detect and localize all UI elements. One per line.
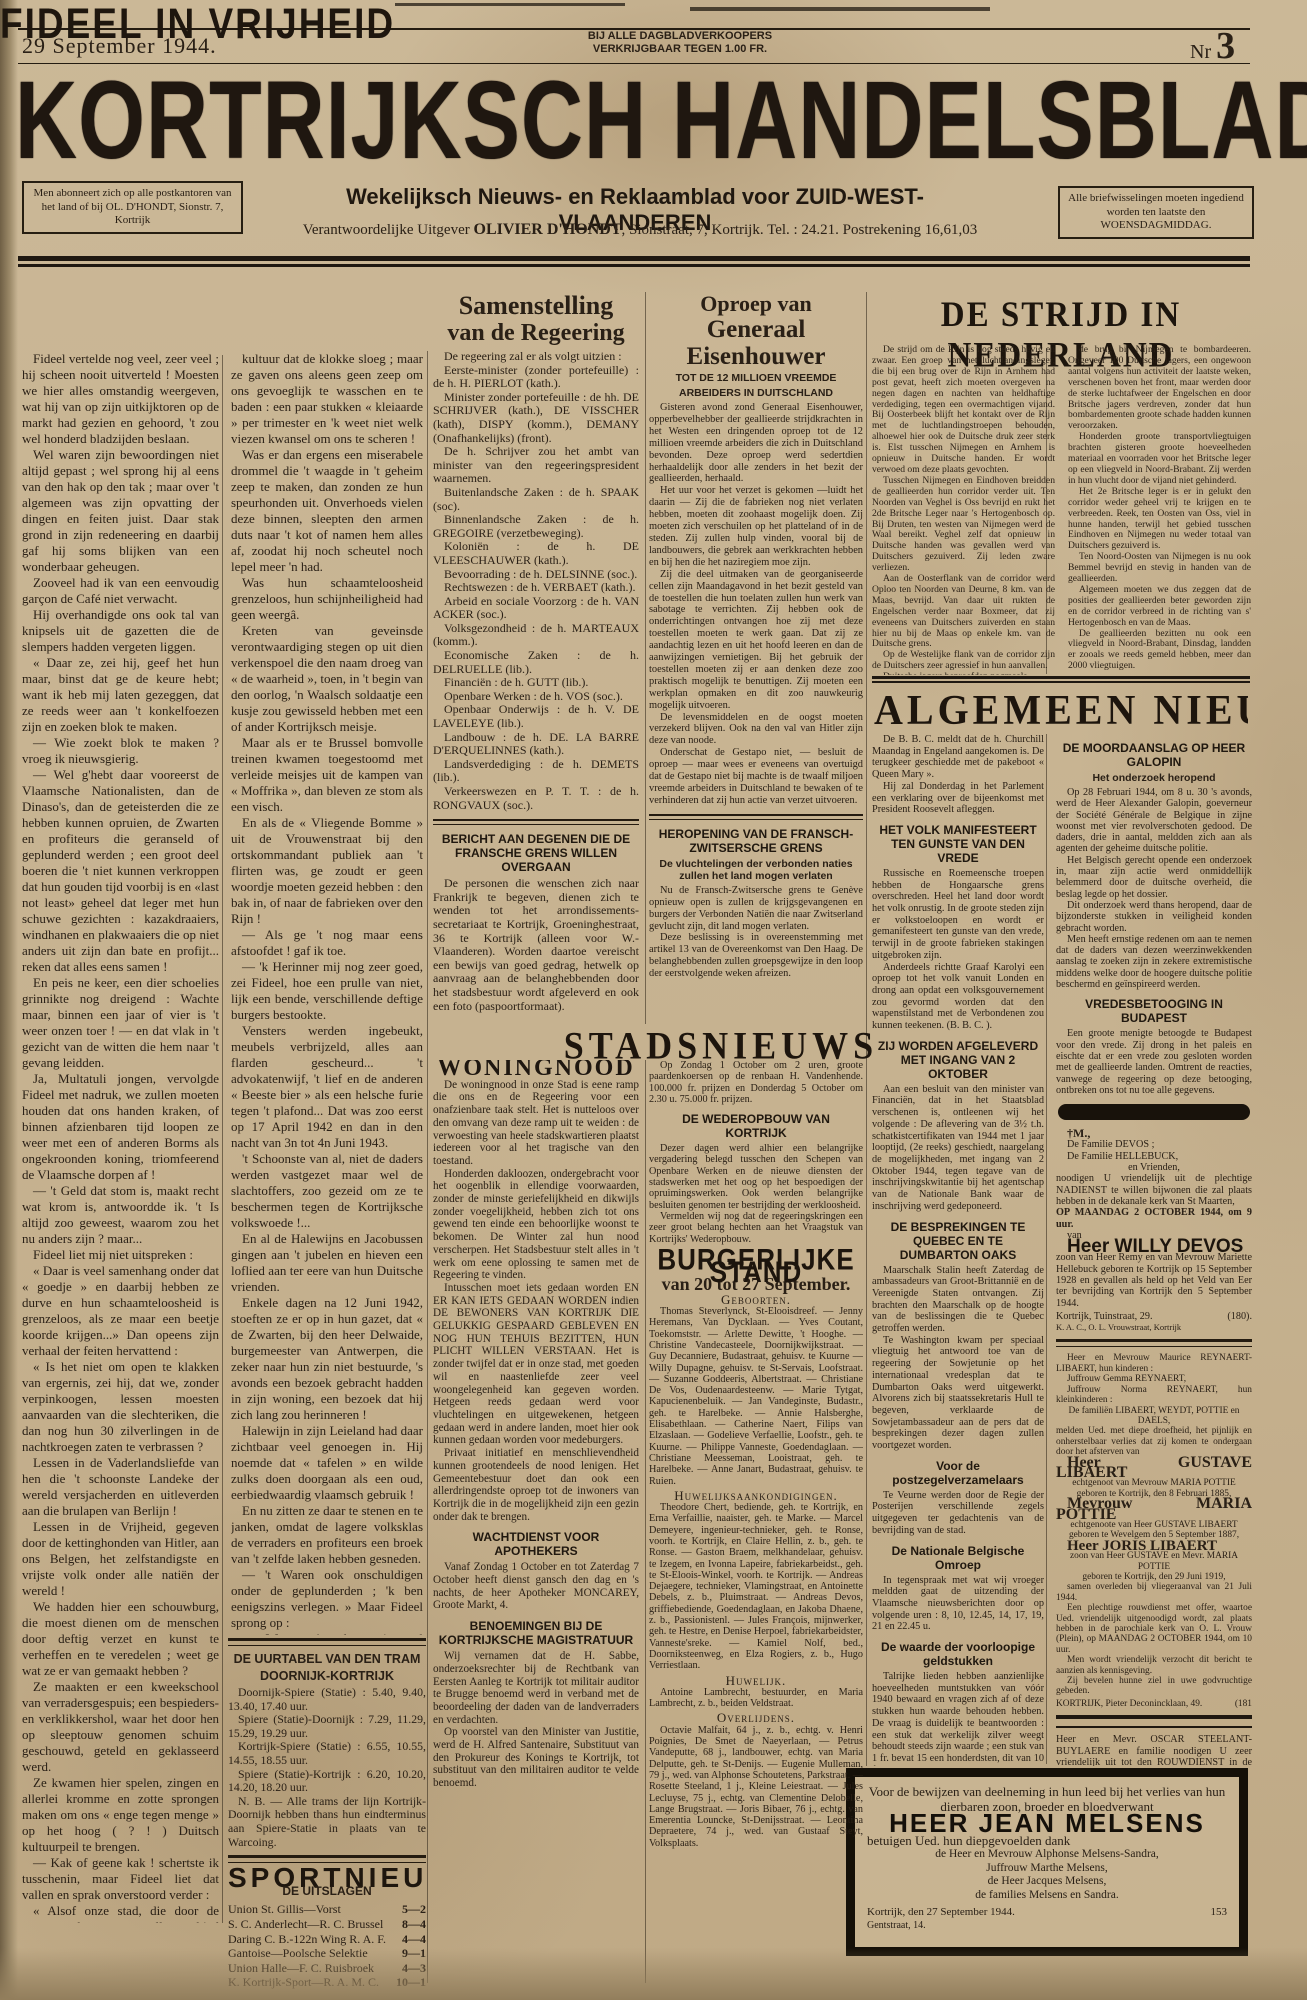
- devos-date: OP MAANDAG 2 OCTOBER 1944, om 9 uur.: [1056, 1207, 1252, 1230]
- stads-block: Octavie Malfait, 64 j., z. b., echtg. v.…: [649, 1725, 863, 1849]
- regeering-line: Verkeerswezen en P. T. T. : de h. RONGVA…: [433, 785, 639, 812]
- regeering-line: Binnenlandsche Zaken : de h. GREGOIRE (v…: [433, 513, 639, 540]
- melsens-name: HEER JEAN MELSENS: [867, 1816, 1227, 1831]
- fideel-paragraph: Fideel vertelde nog veel, zeer veel ; hi…: [22, 351, 219, 447]
- regeering-line: Openbare Werken : de h. VOS (soc.).: [433, 690, 639, 704]
- fideel-paragraph: « Daar is veel samenhang onder dat « goe…: [22, 1263, 219, 1359]
- fideel-paragraph: — 't Waren ook onschuldigen onder de gep…: [231, 1567, 423, 1631]
- regeering-line: Financiën : de h. GUTT (lib.).: [433, 676, 639, 690]
- tram-line: N. B. — Alle trams der lijn Kortrijk-Doo…: [228, 1795, 426, 1849]
- stads-block: Wij vernamen dat de H. Sabbe, onderzoeks…: [433, 1650, 639, 1726]
- publisher-name: OLIVIER D'HONDT: [474, 221, 622, 238]
- algemeen-block: HET VOLK MANIFESTEERT TEN GUNSTE VAN DEN…: [874, 823, 1042, 865]
- regeering-line: De regeering zal er als volgt uitzien :: [433, 350, 639, 364]
- cross-symbol: †M.,: [1056, 1128, 1252, 1139]
- fideel-paragraph: Vensters werden ingebeukt, meubels verbr…: [231, 1023, 423, 1151]
- fideel-paragraph: Maar als er te Brussel bomvolle treinen …: [231, 735, 423, 815]
- regeering-line: Buitenlandsche Zaken : de h. SPAAK (soc)…: [433, 486, 639, 513]
- libaert-line: samen overleden bij vliegeraanval van 21…: [1056, 1582, 1252, 1603]
- libaert-intro-4: De familiën LIBAERT, WEYDT, POTTIE en DA…: [1056, 1406, 1252, 1427]
- regeering-line: Bevoorrading : de h. DELSINNE (soc.).: [433, 568, 639, 582]
- column4-top: Oproep van Generaal Eisenhouwer TOT DE 1…: [649, 292, 863, 1026]
- regeering-line: BERICHT AAN DEGENEN DIE DE FRANSCHE GREN…: [435, 832, 637, 874]
- stads-block: WONINGNOOD: [433, 1062, 639, 1075]
- devos-family-1: De Familie DEVOS ;: [1056, 1139, 1252, 1150]
- seller-line-2: VERKRIJGBAAR TEGEN 1.00 FR.: [520, 43, 840, 56]
- strijd-paragraph: Ten Noord-Oosten van Nijmegen is nu ook …: [1068, 552, 1251, 585]
- fideel-paragraph: En als de « Vliegende Bomme » uit de Vro…: [231, 815, 423, 927]
- stads-block: Huwelijk.: [649, 1675, 863, 1686]
- eisenhouwer-paragraph: [649, 814, 863, 820]
- devos-body-2: zoon van Heer Remy en van Mevrouw Mariet…: [1056, 1252, 1252, 1308]
- libaert-intro-5: melden Ued. met diepe droefheid, het pij…: [1056, 1426, 1252, 1457]
- section-rule-thick: [1056, 1715, 1252, 1728]
- fideel-paragraph: « Alsof onze stad, die door de eeuwen he…: [22, 1903, 219, 1923]
- libaert-sub-3b: geboren te Kortrijk, den 29 Juni 1919,: [1056, 1572, 1252, 1582]
- tram-line: Doornijk-Spiere (Statie) : 5.40, 9.40, 1…: [228, 1686, 426, 1713]
- publisher-line: Verantwoordelijke Uitgever OLIVIER D'HON…: [250, 221, 1030, 239]
- libaert-sub-1a: echtgenoot van Mevrouw MARIA POTTIE: [1056, 1478, 1252, 1488]
- fideel-paragraph: En peis ne keer, een dier schoelies grin…: [22, 975, 219, 1071]
- regeering-line: Volksgezondheid : de h. MARTEAUX (komm.)…: [433, 622, 639, 649]
- libaert-address: KORTRIJK, Pieter Deconincklaan, 49.: [1056, 1699, 1202, 1709]
- libaert-p3: Zij bevelen hunne ziel in uwe godvruchti…: [1056, 1676, 1252, 1697]
- algemeen-block: De waarde der voorloopige geldstukken: [874, 1640, 1042, 1668]
- strijd-column-1: De strijd om de Rijn is nog steeds hevig…: [872, 345, 1055, 675]
- match-score: 4—4: [402, 1932, 426, 1947]
- funeral-notice-libaert: Heer en Mevrouw Maurice REYNAERT-LIBAERT…: [1056, 1353, 1252, 1709]
- fideel-paragraph: Was hun schaamteloosheid grenzeloos, hun…: [231, 575, 423, 623]
- regeering-line: Rechtswezen : de h. VERBAET (kath.).: [433, 581, 639, 595]
- seller-lines: BIJ ALLE DAGBLADVERKOOPERS VERKRIJGBAAR …: [520, 30, 840, 56]
- paper-left-edge: [0, 0, 18, 2000]
- stads-block: BENOEMINGEN BIJ DE KORTRIJKSCHE MAGISTRA…: [435, 1619, 637, 1647]
- sport-result-row: S. C. Anderlecht—R. C. Brussel8—4: [228, 1917, 426, 1932]
- publisher-pre: Verantwoordelijke Uitgever: [303, 222, 474, 238]
- fideel-paragraph: kultuur dat de klokke sloeg ; maar ze ga…: [231, 351, 423, 447]
- scan-smudge: [690, 7, 990, 11]
- strijd-paragraph: De strijd om de Rijn is nog steeds hevig…: [872, 345, 1055, 476]
- libaert-sub-2a: echtgenoote van Heer GUSTAVE LIBAERT: [1056, 1520, 1252, 1530]
- fideel-paragraph: Ze maakten er een kweekschool van verrad…: [22, 1679, 219, 1775]
- algemeen-block: Maarschalk Stalin heeft Zaterdag de amba…: [872, 1265, 1044, 1335]
- thanks-notice-melsens: Voor de bewijzen van deelneming in hun l…: [846, 1768, 1248, 1956]
- devos-family-2: De Familie HELLEBUCK,: [1056, 1151, 1252, 1162]
- subscription-box: Men abonneert zich op alle postkantoren …: [22, 181, 243, 234]
- devos-number: (180).: [1227, 1311, 1252, 1322]
- libaert-number: (181: [1235, 1699, 1252, 1709]
- fideel-paragraph: Fideel liet mij niet uitspreken :: [22, 1247, 219, 1263]
- masthead-separator: [18, 256, 1250, 267]
- fideel-paragraph: — Wie zoekt blok te maken ? vroeg ik nie…: [22, 735, 219, 767]
- strijd-paragraph: Aan de Oosterflank van de corridor werd …: [872, 574, 1055, 650]
- fideel-column-1: Fideel vertelde nog veel, zeer veel ; hi…: [22, 351, 219, 1923]
- algemeen-block: Te Veurne werden door de Regie der Poste…: [872, 1490, 1044, 1537]
- stads-block: WACHTDIENST VOOR APOTHEKERS: [435, 1530, 637, 1558]
- eisenhouwer-paragraph: Nu de Fransch-Zwitsersche grens te Genèv…: [649, 885, 863, 933]
- fideel-paragraph: — Als ge 't nog maar eens afstoofdet ! g…: [231, 927, 423, 959]
- devos-family-3: en Vrienden,: [1056, 1162, 1252, 1173]
- column2-lower: DE UURTABEL VAN DEN TRAM DOORNIJK-KORTRI…: [228, 1632, 426, 1990]
- stads-block: Op Zondag 1 October om 2 uren, groote pa…: [649, 1060, 863, 1105]
- algemeen-block: Voor de postzegelverzamelaars: [874, 1459, 1042, 1487]
- eisenhouwer-paragraph: De levensmiddelen en de oogst moeten ver…: [649, 712, 863, 748]
- match-name: S. C. Anderlecht—R. C. Brussel: [228, 1917, 383, 1932]
- tram-line: Spiere (Statie)-Kortrijk : 6.20, 10.20, …: [228, 1768, 426, 1795]
- algemeen-block: Hij zal Donderdag in het Parlement een v…: [872, 781, 1044, 816]
- fideel-paragraph: Kreten van geveinsde verontwaardiging st…: [231, 623, 423, 735]
- newspaper-page: 29 September 1944. BIJ ALLE DAGBLADVERKO…: [0, 0, 1307, 2000]
- galopin-article: DE MOORDAANSLAG OP HEER GALOPINHet onder…: [1056, 741, 1252, 1096]
- libaert-intro-2: Juffrouw Gemma REYNAERT,: [1056, 1374, 1252, 1384]
- libaert-p2: Men wordt vriendelijk verzocht dit beric…: [1056, 1655, 1252, 1676]
- strijd-paragraph: Algemeen moeten we dus zeggen dat de pos…: [1068, 585, 1251, 629]
- strijd-paragraph: Tusschen Nijmegen en Eindhoven breidden …: [872, 476, 1055, 574]
- seller-line-1: BIJ ALLE DAGBLADVERKOOPERS: [520, 30, 840, 43]
- fideel-paragraph: « Daar ze, zei hij, geef het hun maar, b…: [22, 655, 219, 735]
- stads-block: Antoine Lambrecht, bestuurder, en Maria …: [649, 1687, 863, 1710]
- regeering-line: Economische Zaken : de h. DELRUELLE (lib…: [433, 649, 639, 676]
- match-score: 8—4: [402, 1917, 426, 1932]
- strijd-paragraph: Het 2e Britsche leger is er in gelukt de…: [1068, 487, 1251, 552]
- regeering-headline-2: van de Regeering: [433, 320, 639, 346]
- newspaper-title: KORTRIJKSCH HANDELSBLAD: [15, 58, 1260, 185]
- steelant-body: Heer en Mevr. OSCAR STEELANT-BUYLAERE en…: [1056, 1734, 1252, 1766]
- algemeen-block: Het onderzoek heropend: [1056, 772, 1252, 784]
- article-headline-fideel: FIDEEL IN VRIJHEID: [0, 0, 452, 48]
- stads-block: Honderden dakloozen, ondergebracht voor …: [433, 1168, 639, 1282]
- sport-headline: SPORTNIEUWS: [228, 1871, 426, 1885]
- strijd-paragraph: Honderden groote transportvliegtuigen br…: [1068, 432, 1251, 487]
- libaert-address-row: KORTRIJK, Pieter Deconincklaan, 49. (181: [1056, 1699, 1252, 1709]
- fideel-paragraph: « Is het niet om open te klakken van erg…: [22, 1359, 219, 1455]
- algemeen-block: Het Belgisch gerecht opende een onderzoe…: [1056, 855, 1252, 900]
- section-rule: [1056, 1339, 1252, 1347]
- eisenhouwer-subhead-2: ARBEIDERS IN DUITSCHLAND: [649, 387, 863, 399]
- fideel-paragraph: Ja, Multatuli jongen, vervolgde Fideel m…: [22, 1071, 219, 1183]
- algemeen-block: DE MOORDAANSLAG OP HEER GALOPIN: [1058, 741, 1250, 769]
- fideel-paragraph: En al de Halewijns en Jacobussen gingen …: [231, 1231, 423, 1295]
- strijd-paragraph: De geallieerden bezitten nu ook een vlie…: [1068, 629, 1251, 673]
- fideel-paragraph: Enkele dagen na 12 Juni 1942, stoeften z…: [231, 1295, 423, 1423]
- column-rule: [427, 351, 428, 1983]
- algemeen-block: De B. B. C. meldt dat de h. Churchill Ma…: [872, 734, 1044, 781]
- tram-line: Spiere (Statie)-Doornijk : 7.29, 11.29, …: [228, 1713, 426, 1740]
- eisenhouwer-subhead-1: TOT DE 12 MILLIOEN VREEMDE: [649, 372, 863, 384]
- tram-table-lines: Doornijk-Spiere (Statie) : 5.40, 9.40, 1…: [228, 1686, 426, 1849]
- algemeen-block: Russische en Roemeensche troepen hebben …: [872, 868, 1044, 962]
- strijd-paragraph: Op de Westelijke flank van de corridor z…: [872, 650, 1055, 672]
- tram-line: Kortrijk-Spiere (Statie) : 6.55, 10.55, …: [228, 1740, 426, 1767]
- libaert-name-1: Heer GUSTAVE LIBAERT: [1056, 1458, 1252, 1479]
- tram-table-title-2: DOORNIJK-KORTRIJK: [228, 1669, 426, 1683]
- algemeen-headline: ALGEMEEN NIEUWS: [874, 685, 1248, 734]
- fideel-paragraph: Lessen in de Vrijheid, gegeven door de k…: [22, 1519, 219, 1599]
- fideel-paragraph: 't Schoonste van al, niet de daders werd…: [231, 1151, 423, 1231]
- stads-block: Privaat initiatief en menschlievendheid …: [433, 1447, 639, 1523]
- algemeen-block: Aan een besluit van den minister van Fin…: [872, 1084, 1044, 1213]
- eisenhouwer-body: Gisteren avond zond Generaal Eisenhouwer…: [649, 402, 863, 980]
- eisenhouwer-paragraph: Zij die deel uitmaken van de georganisee…: [649, 569, 863, 712]
- eisenhouwer-paragraph: Onderschat de Gestapo niet, — besluit de…: [649, 747, 863, 807]
- melsens-number: 153: [1211, 1905, 1228, 1920]
- fideel-paragraph: — Wel g'hebt daar vooreerst de Vlaamsche…: [22, 767, 219, 975]
- eisenhouwer-paragraph: De vluchtelingen der verbonden naties zu…: [649, 858, 863, 882]
- stads-block: Theodore Chert, bediende, geh. te Kortri…: [649, 1502, 863, 1671]
- devos-name: Heer WILLY DEVOS: [1056, 1241, 1252, 1252]
- strijd-column-2: de brug bij Nijmegen te bombardeeren. On…: [1068, 345, 1251, 675]
- column-rule: [645, 1060, 646, 1983]
- stads-block: Thomas Steverlynck, St-Elooisdreef. — Je…: [649, 1306, 863, 1487]
- libaert-intro-3: Juffrouw Norma REYNAERT, hun kleinkinder…: [1056, 1385, 1252, 1406]
- match-name: Union St. Gillis—Vorst: [228, 1902, 341, 1917]
- melsens-family: de Heer en Mevrouw Alphonse Melsens-Sand…: [867, 1848, 1227, 1902]
- stads-block: Huwelijksaankondigingen.: [649, 1490, 863, 1501]
- eisenhouwer-paragraph: Deze beslissing is in overeenstemming me…: [649, 932, 863, 980]
- funeral-notice-devos: †M., De Familie DEVOS ; De Familie HELLE…: [1056, 1128, 1252, 1333]
- column-rule: [222, 355, 223, 1923]
- melsens-family-4: de families Melsens en Sandra.: [867, 1889, 1227, 1903]
- match-name: Daring C. B.-122n Wing R. A. F.: [228, 1932, 386, 1947]
- section-separator: [872, 676, 1250, 683]
- stadsnieuws-column-b: Op Zondag 1 October om 2 uren, groote pa…: [649, 1060, 863, 1986]
- regeering-line: Arbeid en sociale Voorzorg : de h. VAN A…: [433, 595, 639, 622]
- algemeen-column-b: DE MOORDAANSLAG OP HEER GALOPINHet onder…: [1056, 734, 1252, 1766]
- paper-bottom-edge: [0, 1948, 1307, 2000]
- algemeen-block: Dit onderzoek werd thans heropend, daar …: [1056, 900, 1252, 934]
- stadsnieuws-column-a: WONINGNOODDe woningnood in onze Stad is …: [433, 1060, 639, 1986]
- stads-block: Vermelden wij nog dat de regeeringskring…: [649, 1211, 863, 1245]
- melsens-family-1: de Heer en Mevrouw Alphonse Melsens-Sand…: [867, 1848, 1227, 1862]
- melsens-address: Gentstraat, 14.: [867, 1918, 1227, 1933]
- fideel-paragraph: Was er dan ergens een miserabele drommel…: [231, 447, 423, 575]
- black-divider-bar: [1058, 1104, 1250, 1120]
- eisenhouwer-paragraph: Gisteren avond zond Generaal Eisenhouwer…: [649, 402, 863, 485]
- fideel-paragraph: Lessen in de Vaderlandsliefde van hen di…: [22, 1455, 219, 1519]
- melsens-family-3: de Heer Jacques Melsens,: [867, 1875, 1227, 1889]
- stads-block: Geboorten.: [649, 1294, 863, 1305]
- stads-block: Op voorstel van den Minister van Justiti…: [433, 1726, 639, 1790]
- devos-address: Kortrijk, Tuinstraat, 29.: [1056, 1311, 1153, 1322]
- eisenhouwer-headline-2: Generaal Eisenhouwer: [649, 316, 863, 370]
- regeering-body: De regeering zal er als volgt uitzien :E…: [433, 350, 639, 1013]
- algemeen-block: Te Washington kwam per speciaal vliegtui…: [872, 1335, 1044, 1452]
- regeering-line: Minister zonder portefeuille : de hh. DE…: [433, 391, 639, 445]
- fideel-paragraph: — 'k Herinner mij nog zeer goed, zei Fid…: [231, 959, 423, 1023]
- fideel-paragraph: Hij overhandigde ons ook tal van knipsel…: [22, 607, 219, 655]
- devos-address-row: Kortrijk, Tuinstraat, 29. (180).: [1056, 1311, 1252, 1322]
- devos-body: noodigen U vriendelijk uit de plechtige …: [1056, 1173, 1252, 1207]
- column-rule: [645, 292, 646, 1024]
- stads-block: BURGERLIJKE STAND: [649, 1253, 863, 1279]
- tram-table-title-1: DE UURTABEL VAN DEN TRAM: [228, 1652, 426, 1666]
- stads-block: Overlijdens.: [649, 1712, 863, 1723]
- algemeen-block: DE BESPREKINGEN TE QUEBEC EN TE DUMBARTO…: [874, 1220, 1042, 1262]
- regeering-line: Eerste-minister (zonder portefeuille) : …: [433, 364, 639, 391]
- regeering-line: Landbouw : de h. DE. LA BARRE D'ERQUELIN…: [433, 731, 639, 758]
- fideel-paragraph: Zooveel had ik van een eenvoudig garçon …: [22, 575, 219, 607]
- algemeen-block: Op 28 Februari 1944, om 8 u. 30 's avond…: [1056, 787, 1252, 855]
- regeering-line: Openbaar Onderwijs : de h. V. DE LAVELEY…: [433, 703, 639, 730]
- funeral-notice-steelant: Heer en Mevr. OSCAR STEELANT-BUYLAERE en…: [1056, 1734, 1252, 1766]
- melsens-family-2: Juffrouw Marthe Melsens,: [867, 1862, 1227, 1876]
- regeering-line: Landsverdediging : de h. DEMETS (lib.).: [433, 758, 639, 785]
- algemeen-block: Talrijke lieden hebben aanzienlijke hoev…: [872, 1671, 1044, 1766]
- match-score: 5—2: [402, 1902, 426, 1917]
- fideel-column-2: kultuur dat de klokke sloeg ; maar ze ga…: [231, 351, 423, 1635]
- section-rule: [228, 1638, 426, 1646]
- fideel-paragraph: — 't Geld dat stom is, maakt recht wat k…: [22, 1183, 219, 1247]
- eisenhouwer-paragraph: Het uur voor het verzet is gekomen —luid…: [649, 485, 863, 568]
- stads-block: Intusschen moet iets gedaan worden EN ER…: [433, 1282, 639, 1447]
- strijd-paragraph: Duitsche jagers beproefden nogmaals: [872, 672, 1055, 675]
- regeering-line: Koloniën : de h. DE VLEESCHAUWER (kath.)…: [433, 540, 639, 567]
- stads-block: De woningnood in onze Stad is eene ramp …: [433, 1079, 639, 1168]
- regeering-line: [433, 819, 639, 825]
- libaert-name-3: Heer JORIS LIBAERT: [1056, 1541, 1252, 1551]
- strijd-paragraph: de brug bij Nijmegen te bombardeeren. On…: [1068, 345, 1251, 432]
- algemeen-column-a: De B. B. C. meldt dat de h. Churchill Ma…: [872, 734, 1044, 1766]
- sport-result-row: Union St. Gillis—Vorst5—2: [228, 1902, 426, 1917]
- algemeen-block: VREDESBETOOGING IN BUDAPEST: [1058, 997, 1250, 1025]
- stads-block: DE WEDEROPBOUW VAN KORTRIJK: [651, 1112, 861, 1140]
- fideel-paragraph: Halewijn in zijn Leieland had daar zicht…: [231, 1423, 423, 1503]
- algemeen-block: In tegenspraak met wat wij vroeger meldd…: [872, 1575, 1044, 1634]
- fideel-paragraph: Wel waren zijn bewoordingen niet altijd …: [22, 447, 219, 575]
- fideel-paragraph: — Kak of geene kak ! schertste ik tussch…: [22, 1855, 219, 1903]
- algemeen-block: Een groote menigte betoogde te Budapest …: [1056, 1028, 1252, 1096]
- eisenhouwer-paragraph: HEROPENING VAN DE FRANSCH-ZWITSERSCHE GR…: [651, 827, 861, 855]
- eisenhouwer-headline-1: Oproep van: [649, 292, 863, 316]
- algemeen-block: De Nationale Belgische Omroep: [874, 1544, 1042, 1572]
- fideel-paragraph: En nu zitten ze daar te stenen en te jan…: [231, 1503, 423, 1567]
- libaert-p1: Een plechtige rouwdienst met offer, waar…: [1056, 1603, 1252, 1655]
- regeering-line: De h. Schrijver zou het ambt van ministe…: [433, 445, 639, 486]
- devos-footer: K. A. C., O. L. Vrouwstraat, Kortrijk: [1056, 1322, 1252, 1333]
- regeering-headline-1: Samenstelling: [433, 292, 639, 320]
- algemeen-block: Men heeft ernstige redenen om aan te nem…: [1056, 934, 1252, 990]
- deadline-box: Alle briefwisselingen moeten ingediend w…: [1058, 186, 1254, 239]
- column3-top: Samenstelling van de Regeering De regeer…: [433, 292, 639, 1026]
- strijd-columns: De strijd om de Rijn is nog steeds hevig…: [872, 345, 1252, 675]
- libaert-intro-1: Heer en Mevrouw Maurice REYNAERT-LIBAERT…: [1056, 1353, 1252, 1374]
- libaert-name-2: Mevrouw MARIA POTTIE: [1056, 1499, 1252, 1520]
- fideel-paragraph: Ze kwamen hier spelen, zingen en allerle…: [22, 1775, 219, 1855]
- algemeen-columns: De B. B. C. meldt dat de h. Churchill Ma…: [872, 734, 1252, 1766]
- sport-result-row: Daring C. B.-122n Wing R. A. F.4—4: [228, 1932, 426, 1947]
- publisher-rest: , Sionstraat, 7, Kortrijk. Tel. : 24.21.…: [622, 222, 978, 238]
- regeering-line: De personen die wenschen zich naar Frank…: [433, 877, 639, 1013]
- stads-block: Dezer dagen werd alhier een belangrijke …: [649, 1143, 863, 1211]
- stads-block: Vanaf Zondag 1 October en tot Zaterdag 7…: [433, 1561, 639, 1612]
- fideel-paragraph: We hadden hier een schouwburg, die moest…: [22, 1599, 219, 1679]
- libaert-sub-3a: zoon van Heer GUSTAVE en Mevr. MARIA POT…: [1056, 1551, 1252, 1572]
